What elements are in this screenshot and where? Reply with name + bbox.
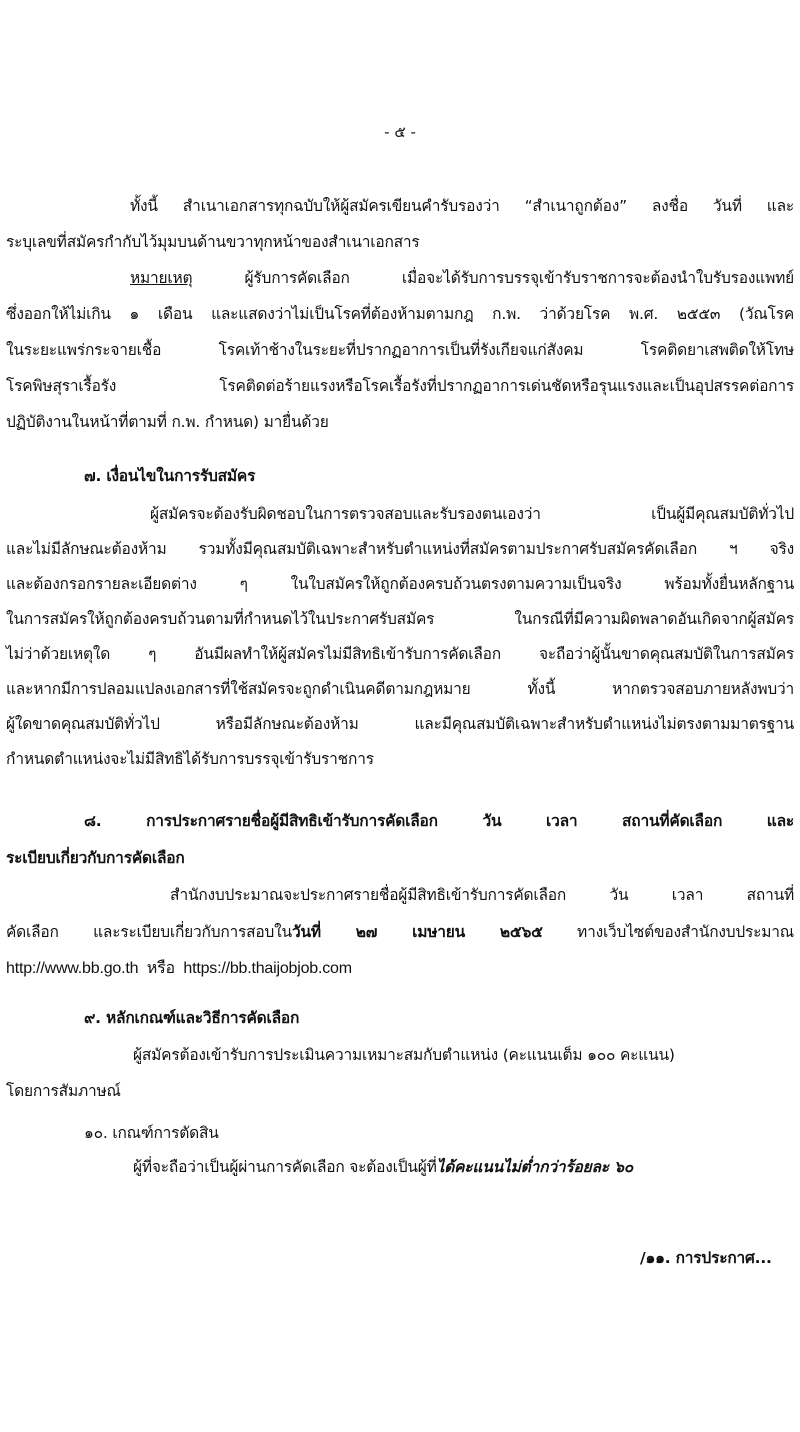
section-7-line-3: และต้องกรอกรายละเอียดต่าง ๆ ในใบสมัครให้… xyxy=(6,574,794,594)
section-8-line-2-text: คัดเลือก และระเบียบเกี่ยวกับการสอบใน xyxy=(6,923,292,941)
section-7-line-8: กำหนดตำแหน่งจะไม่มีสิทธิได้รับการบรรจุเข… xyxy=(6,749,374,769)
copies-paragraph-line-1: ทั้งนี้ สำเนาเอกสารทุกฉบับให้ผู้สมัครเขี… xyxy=(130,196,794,216)
section-7-line-6: และหากมีการปลอมแปลงเอกสารที่ใช้สมัครจะถู… xyxy=(6,679,794,699)
section-7-line-4: ในการสมัครให้ถูกต้องครบถ้วนตามที่กำหนดไว… xyxy=(6,609,794,629)
section-10-heading: ๑๐. เกณฑ์การตัดสิน xyxy=(84,1123,219,1143)
link-separator: หรือ xyxy=(138,960,183,977)
section-8-links: http://www.bb.go.th หรือ https://bb.thai… xyxy=(6,959,352,979)
note-line-2: ซึ่งออกให้ไม่เกิน ๑ เดือน และแสดงว่าไม่เ… xyxy=(6,304,794,324)
note-line-1: หมายเหตุ ผู้รับการคัดเลือก เมื่อจะได้รับ… xyxy=(130,268,794,288)
announcement-date: วันที่ ๒๗ เมษายน ๒๕๖๕ xyxy=(292,923,543,941)
section-7-line-2: และไม่มีลักษณะต้องห้าม รวมทั้งมีคุณสมบัต… xyxy=(6,539,794,559)
section-8-line-1: สำนักงบประมาณจะประกาศรายชื่อผู้มีสิทธิเข… xyxy=(170,885,794,905)
note-line-3: ในระยะแพร่กระจายเชื้อ โรคเท้าช้างในระยะท… xyxy=(6,340,794,360)
section-8-line-2-tail: ทางเว็บไซต์ของสำนักงบประมาณ xyxy=(543,923,794,941)
section-7-heading: ๗. เงื่อนไขในการรับสมัคร xyxy=(84,466,255,486)
passing-criteria: ได้คะแนนไม่ต่ำกว่าร้อยละ ๖๐ xyxy=(437,1158,633,1176)
section-9-heading: ๙. หลักเกณฑ์และวิธีการคัดเลือก xyxy=(84,1008,299,1028)
copies-paragraph-line-2: ระบุเลขที่สมัครกำกับไว้มุมบนด้านขวาทุกหน… xyxy=(6,232,420,252)
note-line-4: โรคพิษสุราเรื้อรัง โรคติดต่อร้ายแรงหรือโ… xyxy=(6,376,794,396)
page-number: - ๕ - xyxy=(0,120,800,144)
section-10-text: ผู้ที่จะถือว่าเป็นผู้ผ่านการคัดเลือก จะต… xyxy=(133,1158,437,1176)
section-9-line-1: ผู้สมัครต้องเข้ารับการประเมินความเหมาะสม… xyxy=(133,1045,675,1065)
section-10-line: ผู้ที่จะถือว่าเป็นผู้ผ่านการคัดเลือก จะต… xyxy=(133,1157,633,1177)
section-8-heading-line-1: ๘. การประกาศรายชื่อผู้มีสิทธิเข้ารับการค… xyxy=(84,811,794,831)
section-7-line-1: ผู้สมัครจะต้องรับผิดชอบในการตรวจสอบและรั… xyxy=(150,504,794,524)
note-label: หมายเหตุ xyxy=(130,269,192,287)
note-text: ผู้รับการคัดเลือก เมื่อจะได้รับการบรรจุเ… xyxy=(192,269,794,287)
bb-website-link[interactable]: http://www.bb.go.th xyxy=(6,960,138,977)
note-line-5: ปฏิบัติงานในหน้าที่ตามที่ ก.พ. กำหนด) มา… xyxy=(6,412,329,432)
section-8-line-2: คัดเลือก และระเบียบเกี่ยวกับการสอบในวันท… xyxy=(6,922,794,942)
section-7-line-5: ไม่ว่าด้วยเหตุใด ๆ อันมีผลทำให้ผู้สมัครไ… xyxy=(6,644,794,664)
continuation-marker: /๑๑. การประกาศ... xyxy=(640,1248,772,1268)
section-7-line-7: ผู้ใดขาดคุณสมบัติทั่วไป หรือมีลักษณะต้อง… xyxy=(6,714,794,734)
thaijobjob-link[interactable]: https://bb.thaijobjob.com xyxy=(183,960,351,977)
section-9-line-2: โดยการสัมภาษณ์ xyxy=(6,1081,121,1101)
section-8-heading-line-2: ระเบียบเกี่ยวกับการคัดเลือก xyxy=(6,848,185,868)
